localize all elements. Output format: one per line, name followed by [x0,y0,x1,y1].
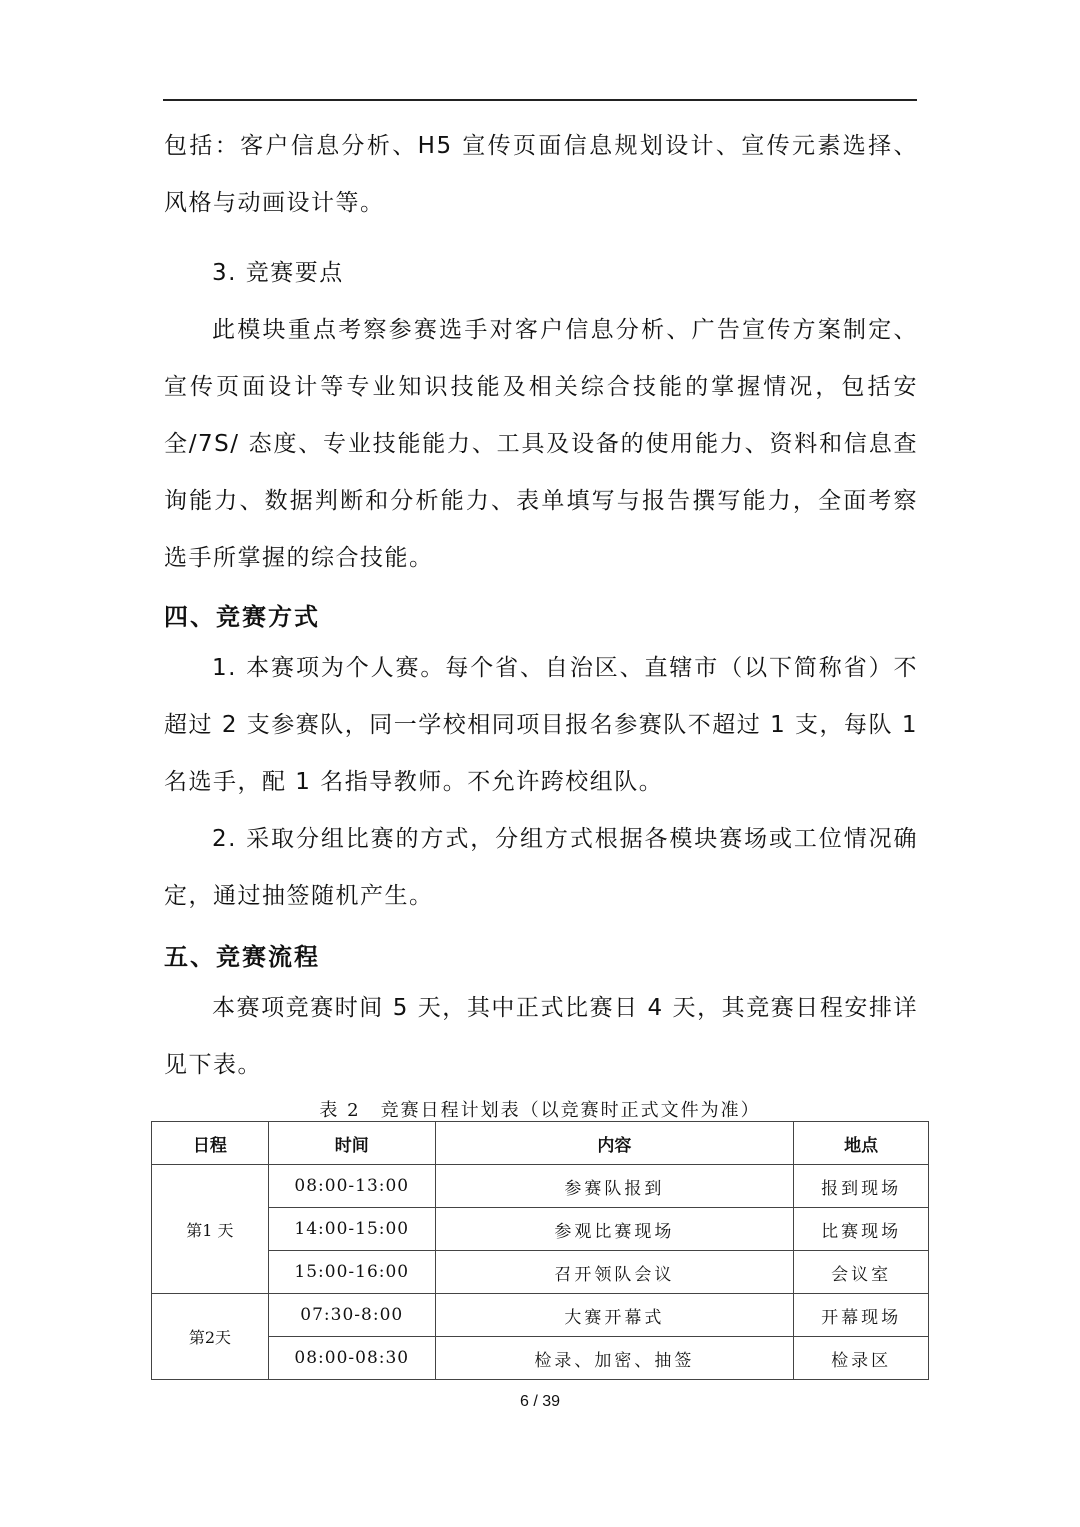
paragraph-format-rule-2: 2. 采取分组比赛的方式，分组方式根据各模块赛场或工位情况确定，通过抽签随机产生… [164,811,918,925]
paragraph-format-rule-1: 1. 本赛项为个人赛。每个省、自治区、直辖市（以下简称省）不超过 2 支参赛队，… [164,640,918,811]
paragraph-content-list: 包括：客户信息分析、H5 宣传页面信息规划设计、宣传元素选择、风格与动画设计等。 [164,118,918,232]
content-cell: 检录、加密、抽签 [435,1337,794,1380]
header-rule [163,99,917,101]
section-heading-competition-format: 四、竞赛方式 [164,597,320,632]
paragraph-assessment-focus: 此模块重点考察参赛选手对客户信息分析、广告宣传方案制定、宣传页面设计等专业知识技… [164,302,918,587]
location-cell: 检录区 [794,1337,929,1380]
subheading-competition-points: 3. 竞赛要点 [164,245,918,302]
table-row: 15:00-16:00 召开领队会议 会议室 [152,1251,929,1294]
day-cell: 第1 天 [152,1165,269,1294]
time-cell: 07:30-8:00 [268,1294,435,1337]
location-cell: 开幕现场 [794,1294,929,1337]
page-number: 6 / 39 [0,1393,1080,1411]
table-row: 08:00-08:30 检录、加密、抽签 检录区 [152,1337,929,1380]
content-cell: 参观比赛现场 [435,1208,794,1251]
table-row: 第1 天 08:00-13:00 参赛队报到 报到现场 [152,1165,929,1208]
content-cell: 大赛开幕式 [435,1294,794,1337]
time-cell: 15:00-16:00 [268,1251,435,1294]
content-cell: 召开领队会议 [435,1251,794,1294]
paragraph-process-intro: 本赛项竞赛时间 5 天，其中正式比赛日 4 天，其竞赛日程安排详见下表。 [164,980,918,1094]
table-row: 14:00-15:00 参观比赛现场 比赛现场 [152,1208,929,1251]
time-cell: 08:00-13:00 [268,1165,435,1208]
time-cell: 14:00-15:00 [268,1208,435,1251]
table-header-row: 日程 时间 内容 地点 [152,1122,929,1165]
location-cell: 会议室 [794,1251,929,1294]
header-time: 时间 [268,1122,435,1165]
header-location: 地点 [794,1122,929,1165]
table-row: 第2天 07:30-8:00 大赛开幕式 开幕现场 [152,1294,929,1337]
table-caption: 表 2 竞赛日程计划表（以竞赛时正式文件为准） [150,1096,930,1122]
header-content: 内容 [435,1122,794,1165]
schedule-table: 日程 时间 内容 地点 第1 天 08:00-13:00 参赛队报到 报到现场 … [151,1121,929,1380]
header-schedule: 日程 [152,1122,269,1165]
section-heading-competition-process: 五、竞赛流程 [164,937,320,972]
location-cell: 报到现场 [794,1165,929,1208]
location-cell: 比赛现场 [794,1208,929,1251]
day-cell: 第2天 [152,1294,269,1380]
time-cell: 08:00-08:30 [268,1337,435,1380]
content-cell: 参赛队报到 [435,1165,794,1208]
